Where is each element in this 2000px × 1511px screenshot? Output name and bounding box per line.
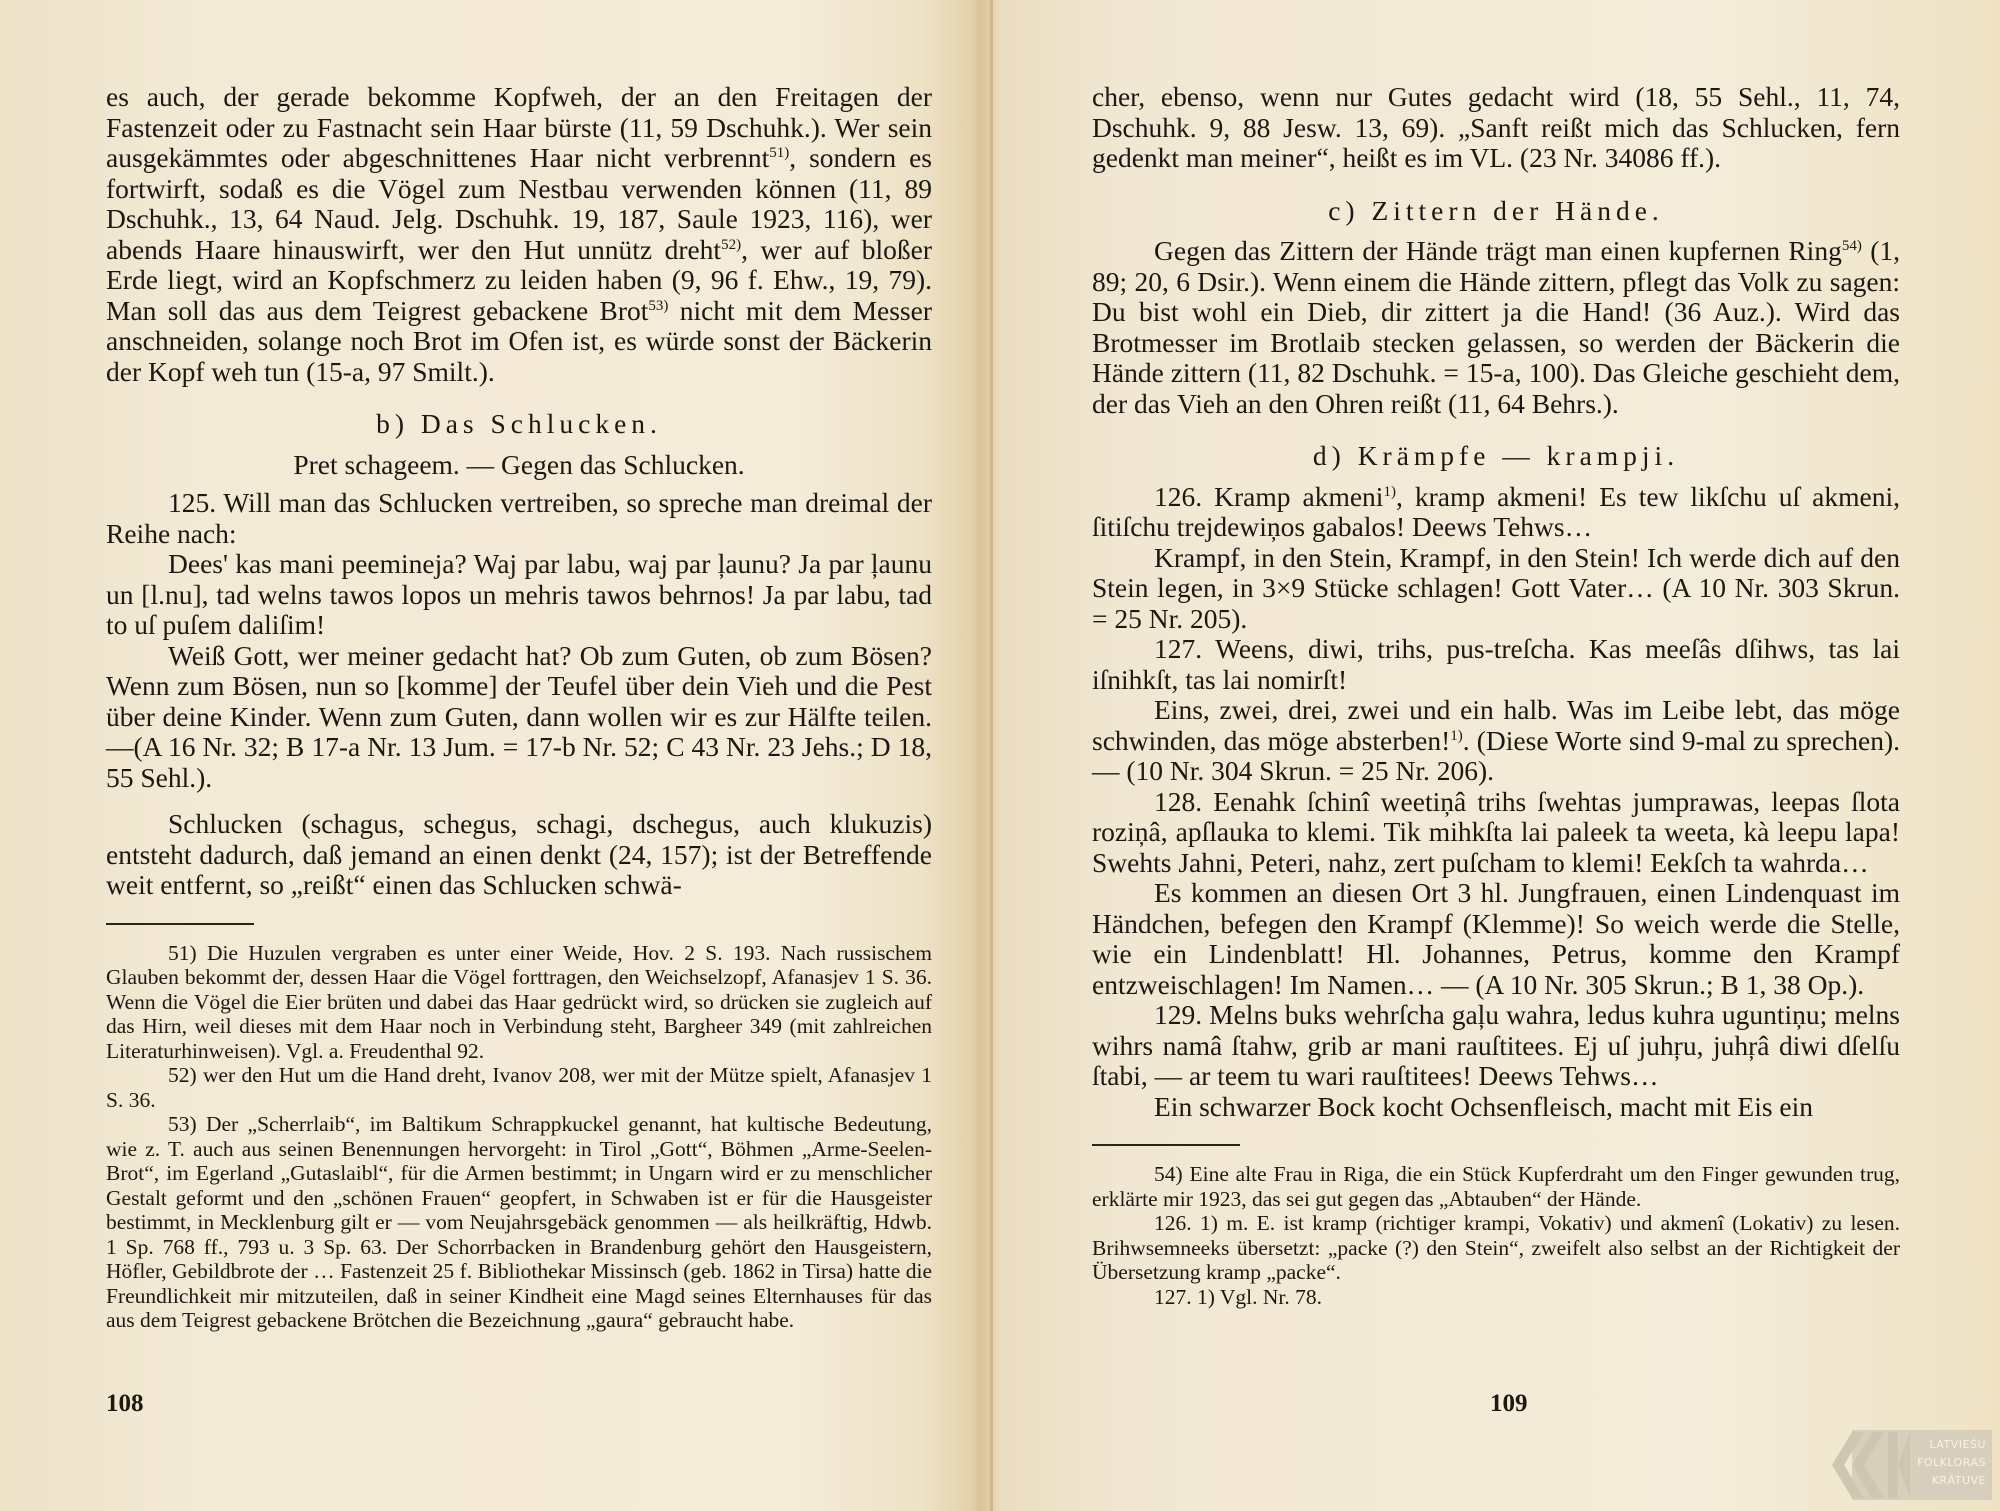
footnote-52: 52) wer den Hut um die Hand dreht, Ivano… (106, 1063, 932, 1112)
logo-line-1: LATVIEŠU (1917, 1436, 1986, 1454)
footnote-53: 53) Der „Scherrlaib“, im Baltikum Schrap… (106, 1112, 932, 1333)
entry-125-intro: 125. Will man das Schlucken vertreiben, … (106, 488, 932, 549)
right-footnotes: 54) Eine alte Frau in Riga, die ein Stüc… (1092, 1162, 1900, 1309)
section-b-subheading: Pret schageem. — Gegen das Schlucken. (106, 450, 932, 481)
entry-129-german: Ein schwarzer Bock kocht Ochsenfleisch, … (1092, 1092, 1900, 1123)
footnote-divider (106, 923, 254, 925)
spacer (106, 793, 932, 809)
page-number-right: 109 (1490, 1390, 1528, 1418)
footnote-ref-54[interactable]: 54) (1842, 238, 1862, 254)
entry-126-latvian: 126. Kramp akmeni1), kramp akmeni! Es te… (1092, 482, 1900, 543)
entry-127-german: Eins, zwei, drei, zwei und ein halb. Was… (1092, 695, 1900, 787)
right-page: cher, ebenso, wenn nur Gutes gedacht wir… (1092, 82, 1900, 1309)
entry-125-latvian: Dees' kas mani peemineja? Waj par labu, … (106, 549, 932, 641)
left-page: es auch, der gerade bekomme Kopfweh, der… (106, 82, 932, 1333)
footnote-127-1: 127. 1) Vgl. Nr. 78. (1092, 1285, 1900, 1310)
lfk-watermark-logo: LATVIEŠU FOLKLORAS KRĀTUVE (1455, 1430, 2000, 1505)
zittern-text-1: Gegen das Zittern der Hände trägt man ei… (1154, 235, 1842, 266)
schlucken-paragraph: Schlucken (schagus, schegus, schagi, dsc… (106, 809, 932, 901)
footnote-ref-53[interactable]: 53) (648, 298, 668, 314)
book-spine (990, 0, 993, 1511)
entry-128-latvian: 128. Eenahk ſchinî weetiņâ trihs ſwehtas… (1092, 787, 1900, 879)
intro-paragraph: es auch, der gerade bekomme Kopfweh, der… (106, 82, 932, 387)
logo-line-2: FOLKLORAS (1917, 1454, 1986, 1472)
continuation-paragraph: cher, ebenso, wenn nur Gutes gedacht wir… (1092, 82, 1900, 174)
book-spread: es auch, der gerade bekomme Kopfweh, der… (0, 0, 2000, 1511)
footnote-ref-52[interactable]: 52) (721, 237, 741, 253)
entry-125-german: Weiß Gott, wer meiner gedacht hat? Ob zu… (106, 641, 932, 794)
footnote-ref-51[interactable]: 51) (769, 145, 789, 161)
zittern-paragraph: Gegen das Zittern der Hände trägt man ei… (1092, 236, 1900, 419)
entry-126-text-1: 126. Kramp akmeni (1154, 481, 1383, 512)
entry-128-german: Es kommen an diesen Ort 3 hl. Jungfrauen… (1092, 878, 1900, 1000)
footnote-54: 54) Eine alte Frau in Riga, die ein Stüc… (1092, 1162, 1900, 1211)
section-d-heading: d) Krämpfe — krampji. (1092, 441, 1900, 472)
footnote-ref-126-1[interactable]: 1) (1383, 484, 1396, 500)
right-page-body: cher, ebenso, wenn nur Gutes gedacht wir… (1092, 82, 1900, 1122)
section-b-heading: b) Das Schlucken. (106, 409, 932, 440)
entry-127-latvian: 127. Weens, diwi, trihs, pus-treſcha. Ka… (1092, 634, 1900, 695)
left-page-body: es auch, der gerade bekomme Kopfweh, der… (106, 82, 932, 901)
section-c-heading: c) Zittern der Hände. (1092, 196, 1900, 227)
page-number-left: 108 (106, 1390, 144, 1418)
logo-text: LATVIEŠU FOLKLORAS KRĀTUVE (1917, 1436, 1986, 1490)
footnote-126-1: 126. 1) m. E. ist kramp (richtiger kramp… (1092, 1211, 1900, 1285)
left-footnotes: 51) Die Huzulen vergraben es unter einer… (106, 941, 932, 1333)
entry-126-german: Krampf, in den Stein, Krampf, in den Ste… (1092, 543, 1900, 635)
lfk-chevron-logo-icon (1830, 1430, 1910, 1500)
footnote-51: 51) Die Huzulen vergraben es unter einer… (106, 941, 932, 1064)
logo-line-3: KRĀTUVE (1917, 1472, 1986, 1490)
footnote-divider (1092, 1144, 1240, 1146)
footnote-ref-127-1[interactable]: 1) (1450, 728, 1463, 744)
entry-129-latvian: 129. Melns buks wehrſcha gaļu wahra, led… (1092, 1000, 1900, 1092)
